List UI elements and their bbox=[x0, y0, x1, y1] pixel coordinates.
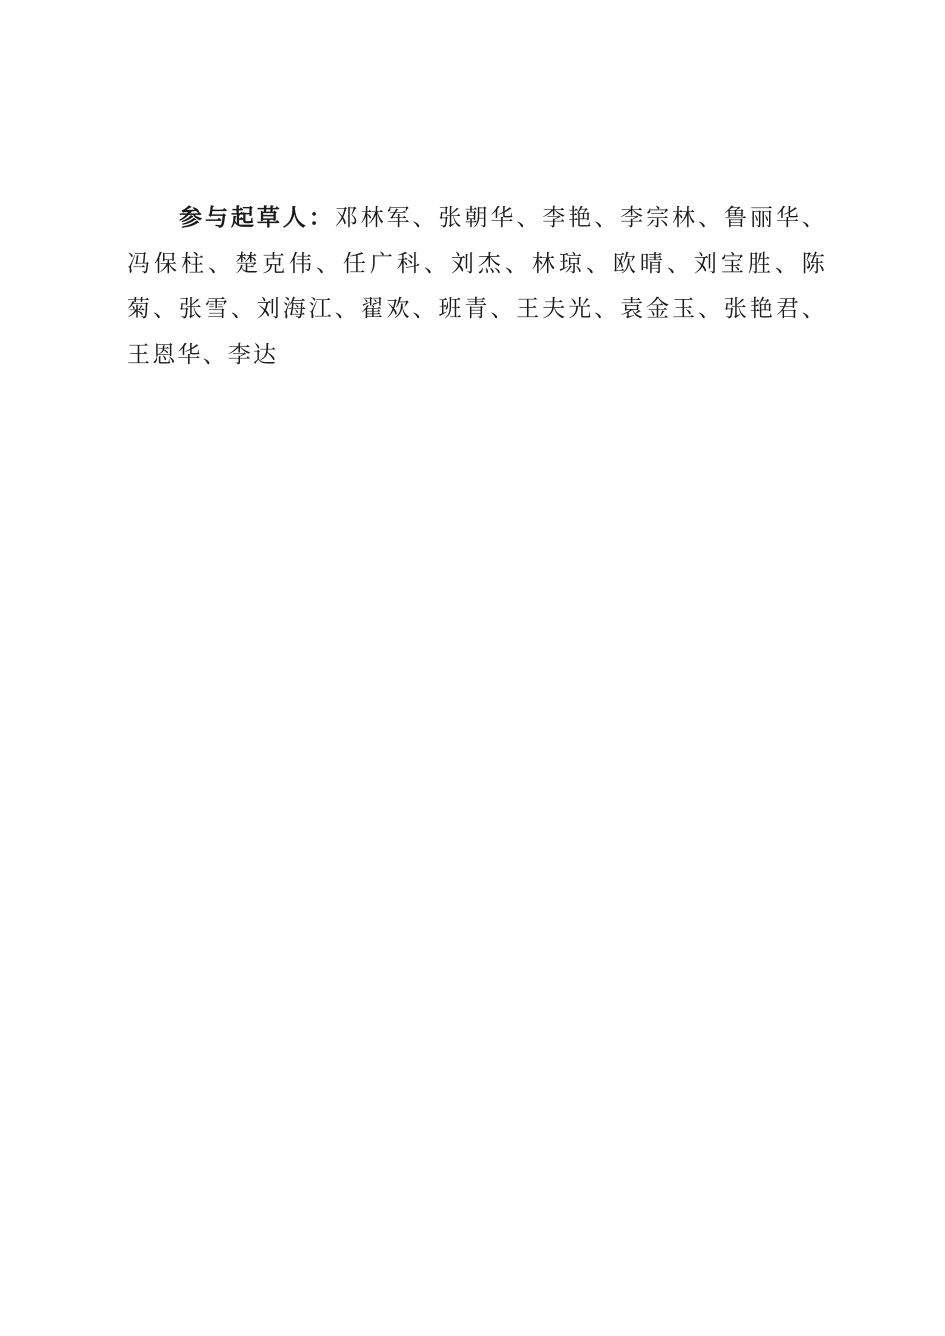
document-page: 参与起草人：邓林军、张朝华、李艳、李宗林、鲁丽华、冯保柱、楚克伟、任广科、刘杰、… bbox=[0, 0, 945, 1336]
drafters-label: 参与起草人： bbox=[179, 204, 335, 231]
drafters-paragraph: 参与起草人：邓林军、张朝华、李艳、李宗林、鲁丽华、冯保柱、楚克伟、任广科、刘杰、… bbox=[127, 195, 827, 378]
